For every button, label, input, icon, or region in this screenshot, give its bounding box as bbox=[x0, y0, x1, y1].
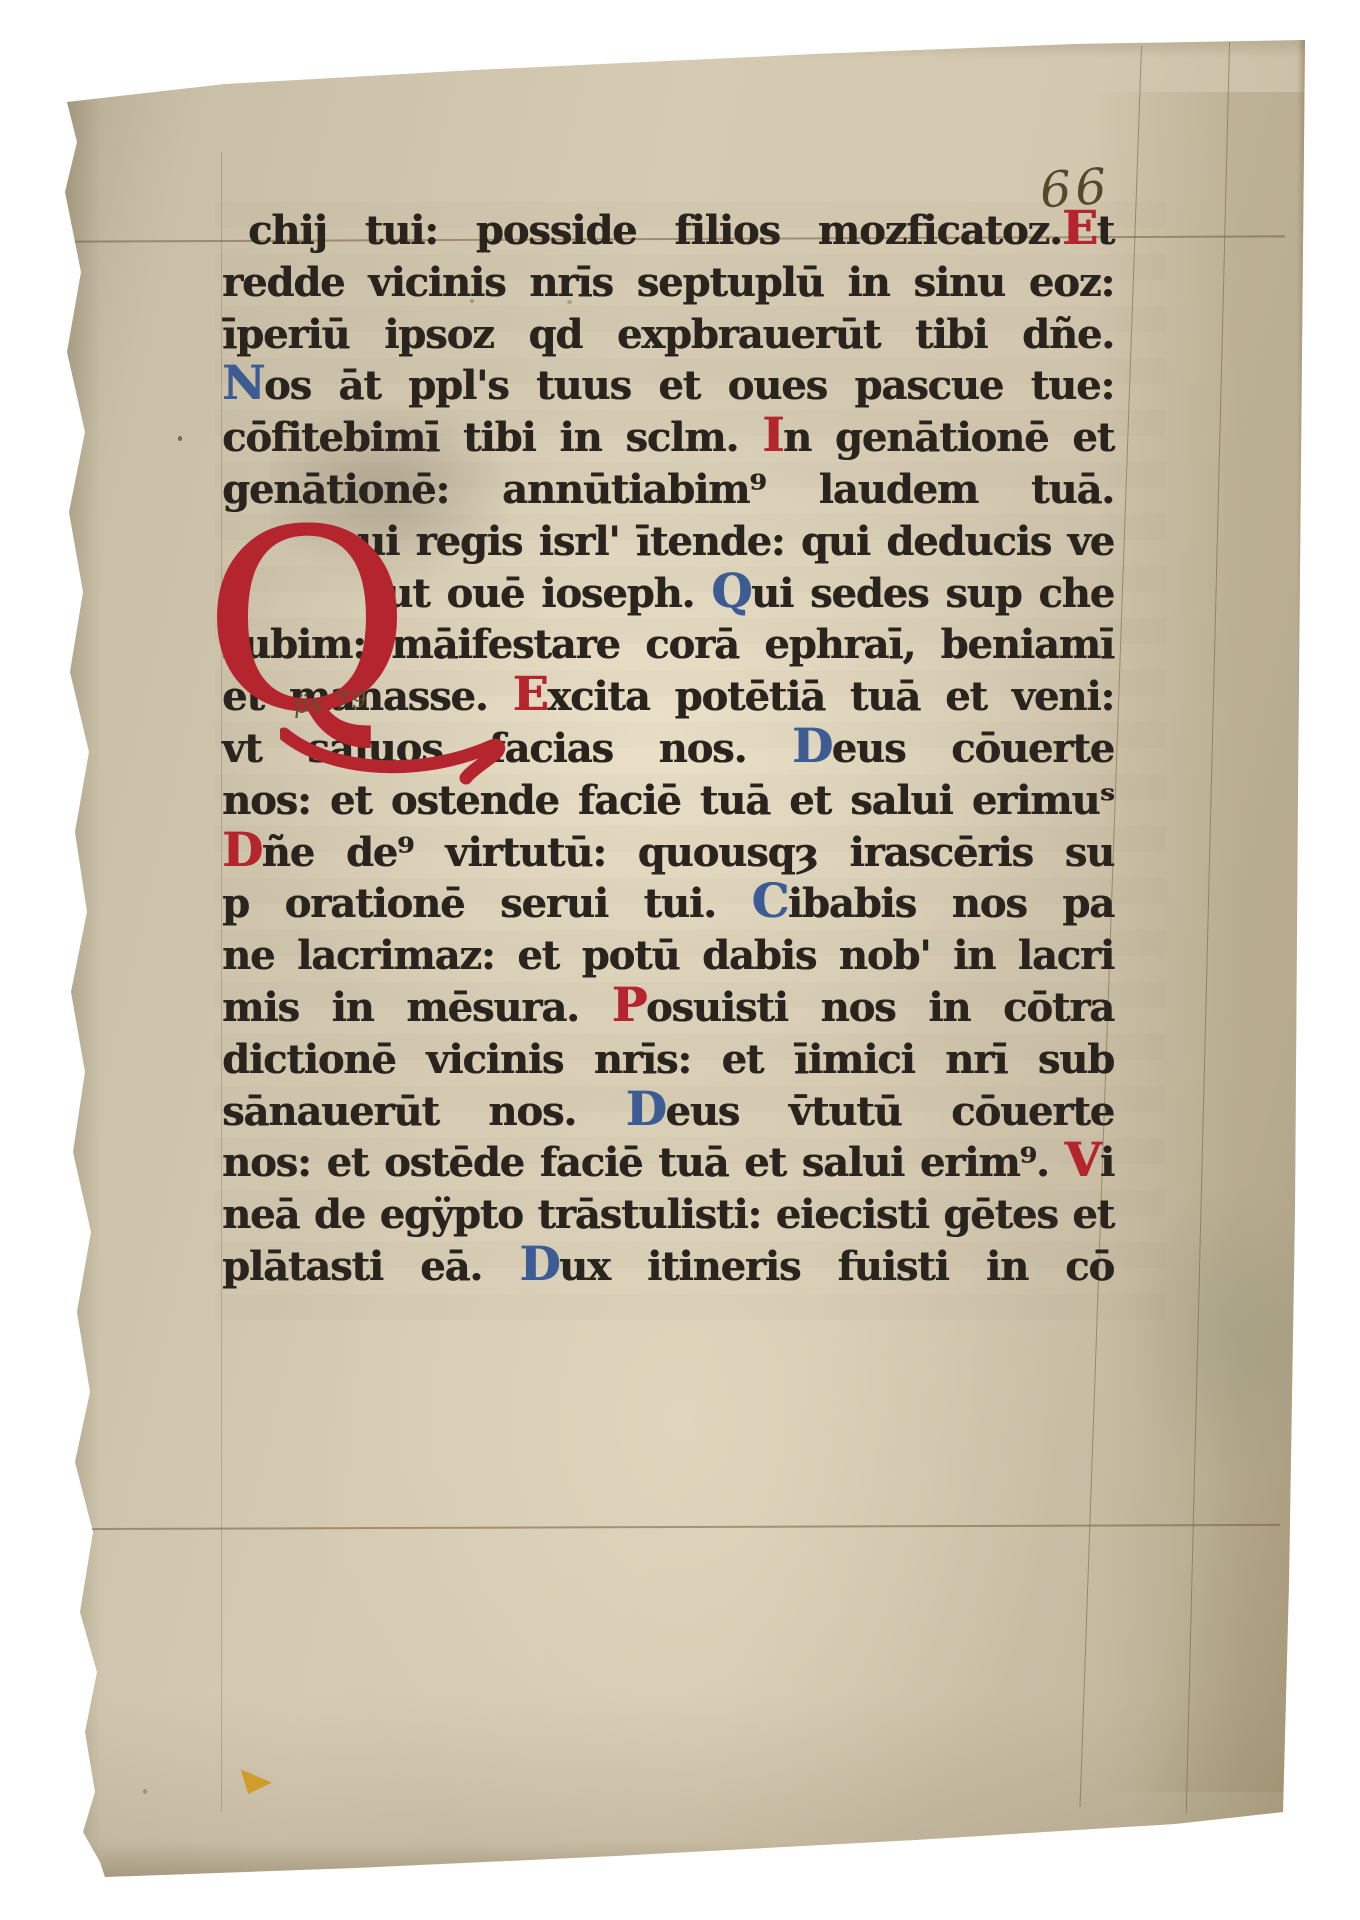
text-segment: p orationē serui tui. bbox=[222, 880, 751, 927]
versal-initial-letter: V bbox=[1065, 1133, 1100, 1188]
text-line: p orationē serui tui. Cibabis nos pa bbox=[222, 878, 1114, 930]
text-line: sānauerūt nos. Deus v̄tutū cōuerte bbox=[222, 1086, 1114, 1138]
text-segment: xcita potētiā tuā et veni: bbox=[547, 673, 1114, 720]
text-segment: dictionē vicinis nrīs: et īimici nrī sub bbox=[222, 1036, 1114, 1083]
text-line: chij tui: posside filios mozficatoz.Et bbox=[248, 205, 1114, 257]
text-line: plātasti eā. Dux itineris fuisti in cō bbox=[222, 1241, 1114, 1293]
text-segment: ibabis nos pa bbox=[788, 880, 1114, 927]
versal-initial-letter: D bbox=[792, 719, 832, 774]
versal-initial-letter: E bbox=[513, 667, 548, 722]
text-segment: eus v̄tutū cōuerte bbox=[665, 1088, 1114, 1135]
parchment-stain bbox=[1125, 1182, 1305, 1482]
text-line: Dñe de⁹ virtutū: quousqȝ irascēris su bbox=[222, 827, 1114, 879]
ruling-line-horizontal-bottom bbox=[75, 1524, 1280, 1530]
text-line: neā de egÿpto trāstulisti: eiecisti gēte… bbox=[222, 1189, 1114, 1241]
leaf-edge-shading-top bbox=[55, 32, 1311, 58]
text-line: dictionē vicinis nrīs: et īimici nrī sub bbox=[222, 1034, 1114, 1086]
text-segment: ui regis isrl' ītende: qui deducis ve bbox=[357, 518, 1114, 565]
versal-initial-letter: E bbox=[1062, 201, 1097, 256]
text-segment: ux itineris fuisti in cō bbox=[559, 1243, 1114, 1290]
text-segment: chij tui: posside filios mozficatoz. bbox=[248, 207, 1062, 254]
text-segment: plātasti eā. bbox=[222, 1243, 519, 1290]
text-segment: nos: et ostēde faciē tuā et salui erim⁹. bbox=[222, 1139, 1065, 1186]
text-segment: t bbox=[1097, 207, 1114, 254]
versal-initial-letter: P bbox=[612, 978, 646, 1033]
text-line: cōfitebimī tibi in sclm. In genātionē et bbox=[222, 412, 1114, 464]
parchment-stain bbox=[1095, 92, 1305, 1792]
ruling-line-vertical-right-outer bbox=[1186, 42, 1231, 1814]
text-segment: lut ouē ioseph. bbox=[370, 570, 711, 617]
ochre-triangle-mark bbox=[238, 1764, 272, 1794]
manuscript-leaf: 66 Q p̈s 79 chij tui: posside filios moz… bbox=[55, 32, 1311, 1882]
versal-initial-letter: D bbox=[626, 1082, 666, 1137]
leaf-edge-shading-bottom bbox=[55, 1842, 1311, 1882]
text-line: ui regis isrl' ītende: qui deducis ve bbox=[357, 516, 1114, 568]
drop-cap-tail-flourish bbox=[280, 720, 510, 790]
leaf-edge-shading-right bbox=[1297, 32, 1311, 1882]
text-segment: i bbox=[1100, 1139, 1114, 1186]
text-line: nos: et ostēde faciē tuā et salui erim⁹.… bbox=[222, 1137, 1114, 1189]
text-segment: ñe de⁹ virtutū: quousqȝ irascēris su bbox=[262, 829, 1114, 876]
versal-initial-letter: D bbox=[222, 823, 262, 878]
text-segment: n genātionē et bbox=[783, 414, 1114, 461]
text-line: ne lacrimaz: et potū dabis nob' in lacri bbox=[222, 930, 1114, 982]
versal-initial-letter: N bbox=[222, 356, 264, 411]
versal-initial-letter: D bbox=[519, 1237, 559, 1292]
text-line: lut ouē ioseph. Qui sedes sup che bbox=[370, 568, 1114, 620]
text-line: īperiū ipsoz qd expbrauerūt tibi dñe. bbox=[222, 309, 1114, 361]
versal-initial-letter: I bbox=[762, 408, 783, 463]
text-segment: sānauerūt nos. bbox=[222, 1088, 626, 1135]
text-line: redde vicinis nrīs septuplū in sinu eoz: bbox=[222, 257, 1114, 309]
text-segment: cōfitebimī tibi in sclm. bbox=[222, 414, 762, 461]
text-segment: osuisti nos in cōtra bbox=[646, 984, 1114, 1031]
photograph-background: 66 Q p̈s 79 chij tui: posside filios moz… bbox=[0, 0, 1360, 1920]
text-segment: ne lacrimaz: et potū dabis nob' in lacri bbox=[222, 932, 1114, 979]
ink-speck bbox=[143, 1789, 147, 1794]
ink-speck bbox=[178, 436, 182, 441]
text-line: Nos āt ppl's tuus et oues pascue tue: bbox=[222, 360, 1114, 412]
text-segment: os āt ppl's tuus et oues pascue tue: bbox=[264, 362, 1114, 409]
versal-initial-letter: Q bbox=[711, 564, 751, 619]
text-segment: ui sedes sup che bbox=[751, 570, 1114, 617]
text-segment: īperiū ipsoz qd expbrauerūt tibi dñe. bbox=[222, 311, 1114, 358]
versal-initial-letter: C bbox=[751, 874, 787, 929]
text-segment: redde vicinis nrīs septuplū in sinu eoz: bbox=[222, 259, 1114, 306]
text-segment: eus cōuerte bbox=[832, 725, 1114, 772]
leaf-edge-shading-left bbox=[55, 32, 101, 1882]
text-segment: mis in mēsura. bbox=[222, 984, 612, 1031]
text-segment: neā de egÿpto trāstulisti: eiecisti gēte… bbox=[222, 1191, 1114, 1238]
text-line: mis in mēsura. Posuisti nos in cōtra bbox=[222, 982, 1114, 1034]
